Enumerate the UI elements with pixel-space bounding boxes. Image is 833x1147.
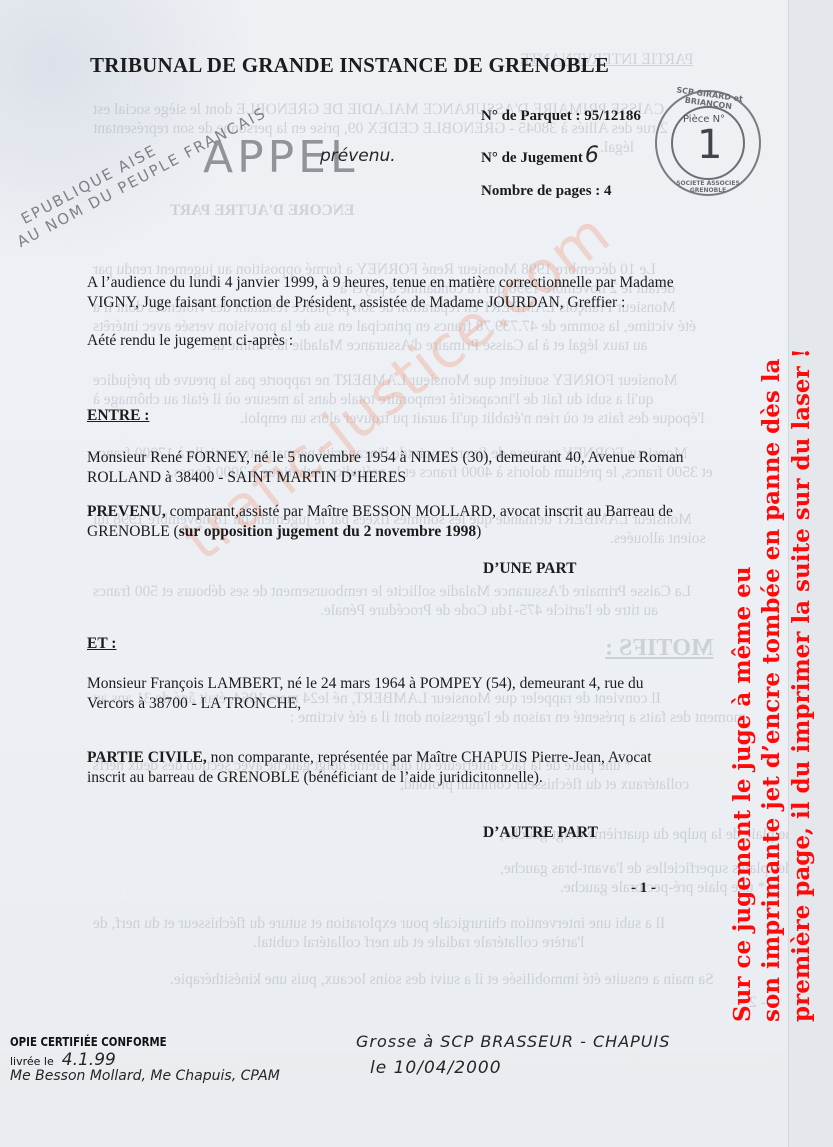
partie-civile-label: PARTIE CIVILE, xyxy=(87,749,207,766)
defendant-line2: ROLLAND à 38400 - SAINT MARTIN D’HERES xyxy=(87,468,406,488)
page-number: - 1 - xyxy=(631,880,656,897)
opposition-note: sur opposition jugement du 2 novembre 19… xyxy=(179,523,476,540)
partie-civile-text: non comparante, représentée par Maître C… xyxy=(207,749,652,766)
prevenu-label: PREVENU, xyxy=(87,503,166,520)
bleed-through-line: Sa main a ensuite été immobilisée et il … xyxy=(170,970,714,989)
civil-party-line1: Monsieur François LAMBERT, né le 24 mars… xyxy=(87,674,644,694)
stamp-bottom-text: SOCIETE ASSOCIES GRENOBLE xyxy=(663,180,753,194)
court-title: TRIBUNAL DE GRANDE INSTANCE DE GRENOBLE xyxy=(90,53,609,78)
annotation-line3: première page, il du imprimer la suite s… xyxy=(788,348,815,1022)
section-et-heading: ET : xyxy=(87,634,116,654)
document-page: PARTIE INTERVENANTE CAISSE PRIMAIRE D'AS… xyxy=(0,0,790,1147)
hearing-intro-line2: VIGNY, Juge faisant fonction de Présiden… xyxy=(87,293,625,313)
delivered-date: 4.1.99 xyxy=(62,1050,116,1070)
stamp-piece-number: 1 xyxy=(697,122,722,168)
section-entre-heading: ENTRE : xyxy=(87,406,149,426)
delivered-recipients: Me Besson Mollard, Me Chapuis, CPAM xyxy=(10,1068,280,1084)
prevenu-line2-end: ) xyxy=(476,523,481,540)
annotation-line2: son imprimante jet d’encre tombée en pan… xyxy=(758,359,785,1022)
prevenu-text: comparant,assisté par Maître BESSON MOLL… xyxy=(166,503,673,520)
bleed-through-line: ENCORE D'AUTRE PART xyxy=(170,201,354,220)
grosse-note-line2: le 10/04/2000 xyxy=(370,1058,502,1078)
bleed-through-line: l'artère collatérale radiale et du nerf … xyxy=(253,933,585,952)
d-une-part-label: D’UNE PART xyxy=(483,559,576,579)
appel-handwritten-note: prévenu. xyxy=(320,146,396,166)
delivered-label: livrée le xyxy=(10,1055,54,1068)
grosse-note-line1: Grosse à SCP BRASSEUR - CHAPUIS xyxy=(356,1032,670,1051)
scp-piece-stamp: SCP GIRARD et BRIANCON Pièce N° 1 SOCIET… xyxy=(655,90,761,196)
page-count: Nombre de pages : 4 xyxy=(481,183,612,200)
prevenu-line2: GRENOBLE (sur opposition jugement du 2 n… xyxy=(87,522,481,542)
jugement-label: N° de Jugement xyxy=(481,150,583,166)
delivered-row: livrée le 4.1.99 xyxy=(10,1050,116,1070)
partie-civile-line2: inscrit au barreau de GRENOBLE (bénéfici… xyxy=(87,768,543,788)
bleed-through-line: moment des faits a présenté en raison de… xyxy=(290,708,746,727)
bleed-through-line: Il a subi une intervention chirurgicale … xyxy=(93,914,665,933)
prevenu-line1: PREVENU, comparant,assisté par Maître BE… xyxy=(87,502,673,522)
bleed-through-heading: MOTIFS : xyxy=(605,634,714,662)
judgment-rendered: Aété rendu le jugement ci-après : xyxy=(87,331,293,351)
prevenu-line2-start: GRENOBLE ( xyxy=(87,523,179,540)
bleed-through-line: soient allouées. xyxy=(610,529,706,548)
jugement-handwritten-number: 6 xyxy=(585,143,599,168)
certified-copy-stamp: OPIE CERTIFIÉE CONFORME xyxy=(10,1035,167,1049)
annotation-line1: Sur ce jugement le juge à même eu xyxy=(729,566,756,1022)
jugement-number: N° de Jugement6 xyxy=(481,143,599,168)
defendant-line1: Monsieur René FORNEY, né le 5 novembre 1… xyxy=(87,448,684,468)
bleed-through-line: légal. xyxy=(600,138,634,157)
bleed-through-line: La Caisse Primaire d'Assurance Maladie s… xyxy=(93,582,691,601)
parquet-number: N° de Parquet : 95/12186 xyxy=(481,108,641,125)
bleed-through-line: au titre de l'article 475-1du Code de Pr… xyxy=(320,601,658,620)
hearing-intro-line1: A l’audience du lundi 4 janvier 1999, à … xyxy=(87,273,674,293)
civil-party-line2: Vercors à 38700 - LA TRONCHE, xyxy=(87,694,301,714)
partie-civile-line1: PARTIE CIVILE, non comparante, représent… xyxy=(87,748,652,768)
d-autre-part-label: D’AUTRE PART xyxy=(483,823,598,843)
